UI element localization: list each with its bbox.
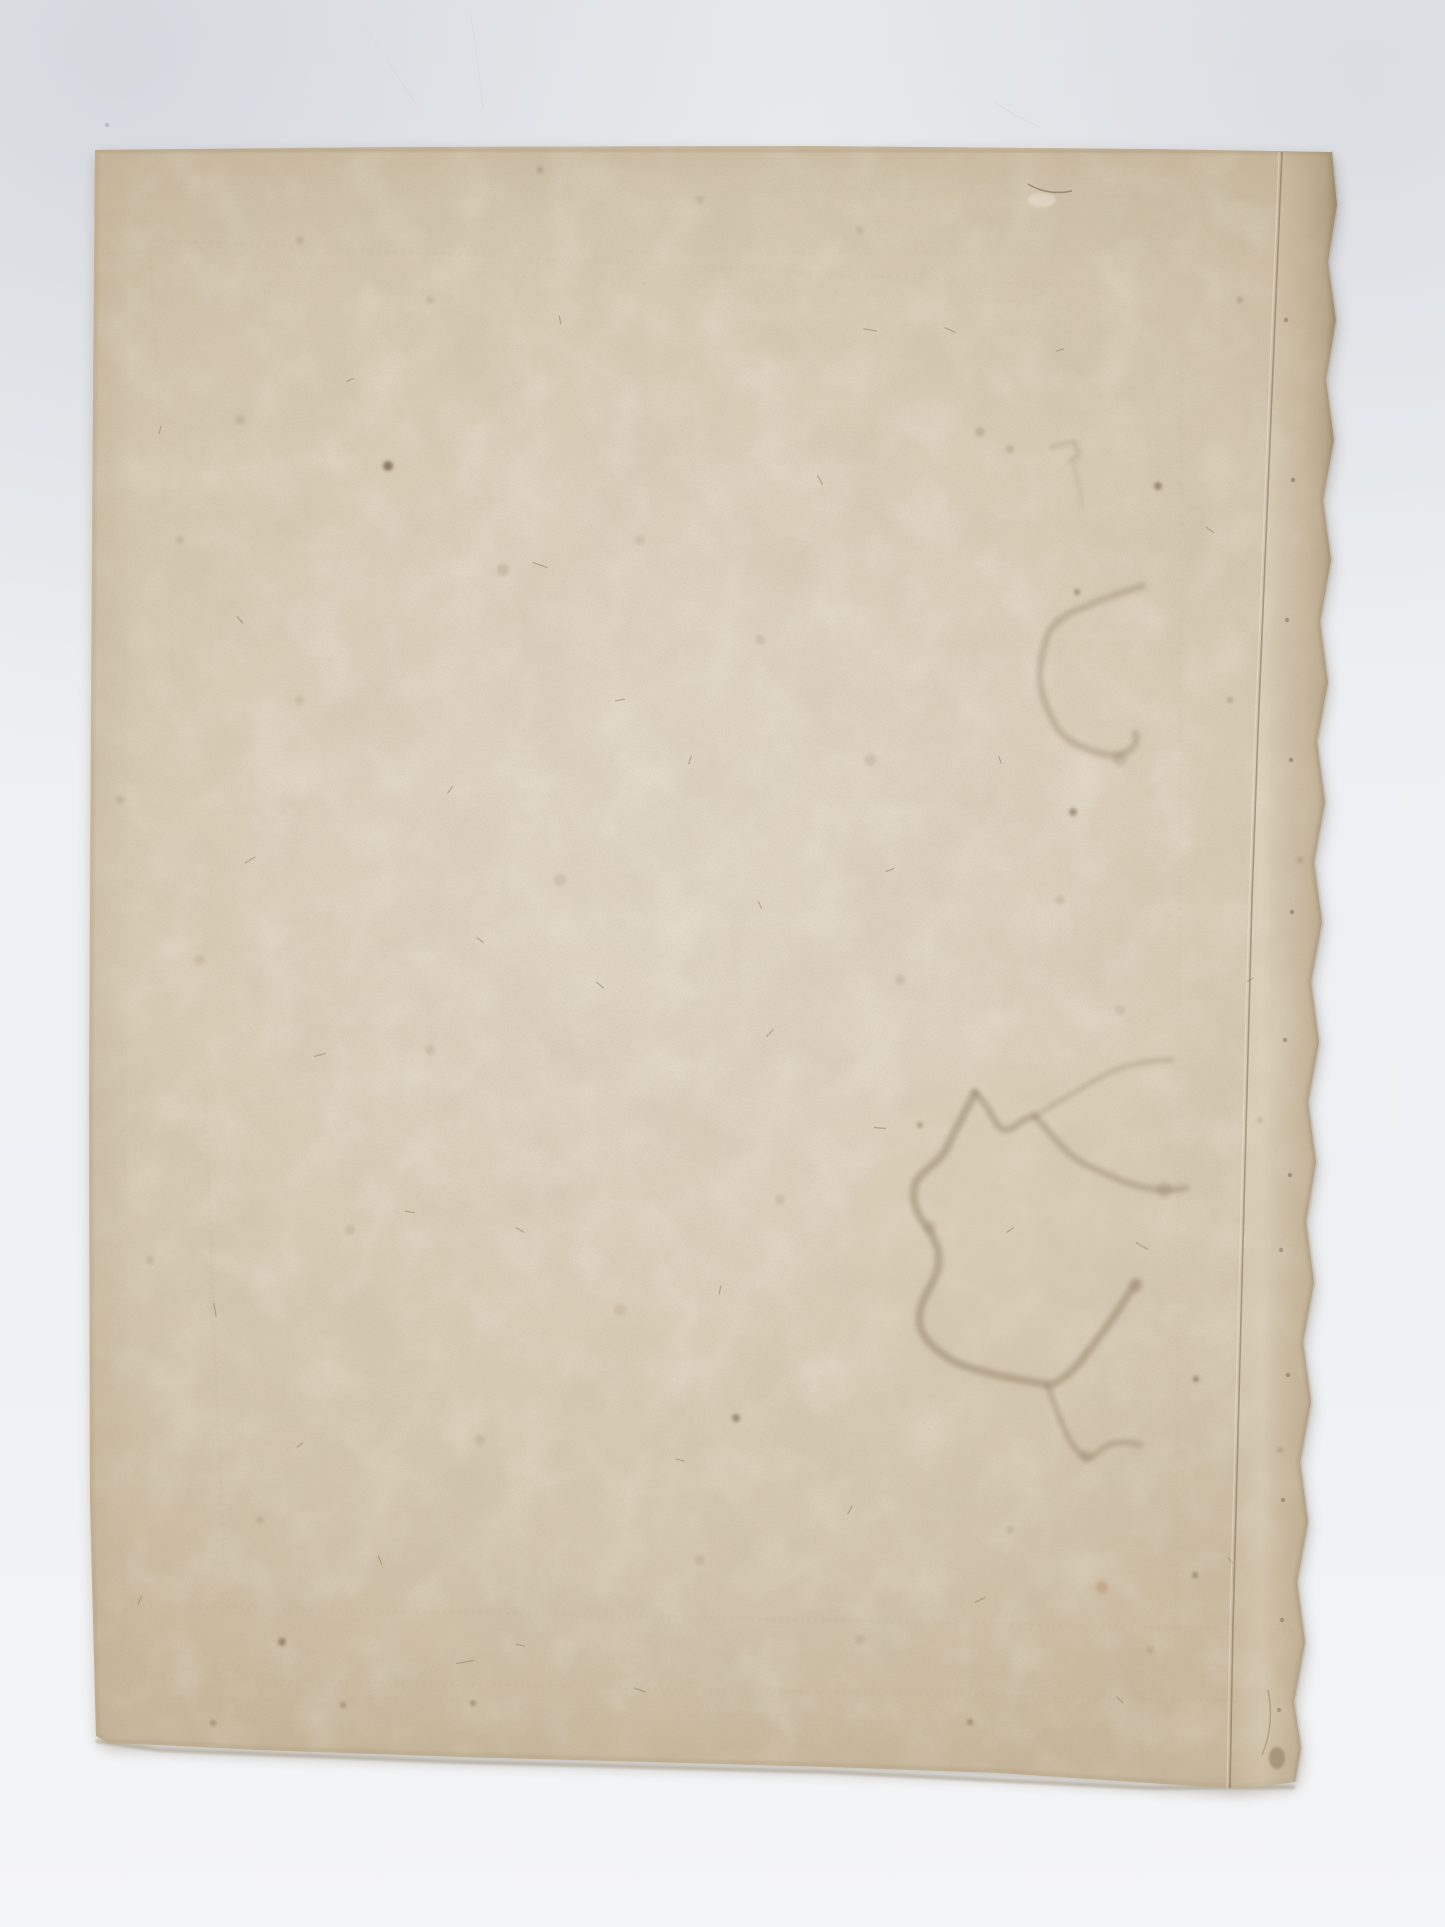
foxing-spot (425, 1045, 435, 1055)
foxing-spot (1193, 1376, 1199, 1382)
foxing-spot (340, 1702, 346, 1708)
foxing-spot (1146, 1646, 1154, 1654)
foxing-spot (537, 167, 543, 173)
foxing-spot (614, 1304, 626, 1316)
foxing-spot (475, 1435, 485, 1445)
foxing-spot (1154, 482, 1162, 490)
stain-blob (1129, 1278, 1143, 1292)
foxing-spot (864, 754, 876, 766)
foxing-spot (345, 1225, 355, 1235)
stain-inner-wash (855, 1075, 1155, 1415)
foxing-spot (1096, 1581, 1108, 1593)
foxing-spot (426, 296, 434, 304)
foxing-spot (497, 564, 509, 576)
photo-antique-paper-verso (0, 0, 1445, 1927)
foxing-spot (895, 975, 905, 985)
foxing-spot (775, 1195, 785, 1205)
foxing-spot (295, 695, 305, 705)
foxing-spot (1227, 697, 1233, 703)
paper-detail-group (0, 0, 1445, 1927)
foxing-spot (1006, 1526, 1014, 1534)
scene-svg (0, 0, 1445, 1927)
foxing-spot (917, 1122, 923, 1128)
foxing-spot (383, 461, 393, 471)
paper-texture-fine-grain (0, 0, 1445, 1927)
foxing-spot (1069, 808, 1077, 816)
foxing-spot (278, 1638, 286, 1646)
foxing-spot (1055, 895, 1065, 905)
foxing-spot (116, 796, 124, 804)
foxing-spot (755, 635, 765, 645)
foxing-spot (1237, 297, 1243, 303)
stain-blob (1113, 752, 1127, 766)
stain-blob (1156, 1182, 1172, 1198)
stain-blob (924, 1221, 936, 1233)
foxing-spot (146, 1256, 154, 1264)
foxing-spot (967, 1719, 973, 1725)
foxing-spot (975, 427, 985, 437)
foxing-spot (1074, 589, 1080, 595)
foxing-spot (235, 415, 245, 425)
foxing-spot (470, 1700, 476, 1706)
foxing-spot (1115, 1005, 1125, 1015)
foxing-spot (635, 535, 645, 545)
foxing-spot (554, 874, 566, 886)
foxing-spot (195, 955, 205, 965)
foxing-spot (696, 196, 704, 204)
foxing-spot (1006, 445, 1014, 453)
foxing-spot (176, 536, 184, 544)
background-speck (105, 123, 109, 127)
foxing-spot (856, 226, 864, 234)
foxing-spot (256, 1516, 264, 1524)
paper-nick-highlight (1028, 193, 1056, 207)
foxing-spot (695, 1555, 705, 1565)
foxing-spot (1192, 1572, 1198, 1578)
stain-blob (1080, 1450, 1092, 1462)
foxing-spot (855, 1635, 865, 1645)
foxing-spot (296, 236, 304, 244)
foxing-spot (210, 1720, 216, 1726)
paper-chip (1269, 1747, 1285, 1769)
foxing-spot (732, 1414, 740, 1422)
